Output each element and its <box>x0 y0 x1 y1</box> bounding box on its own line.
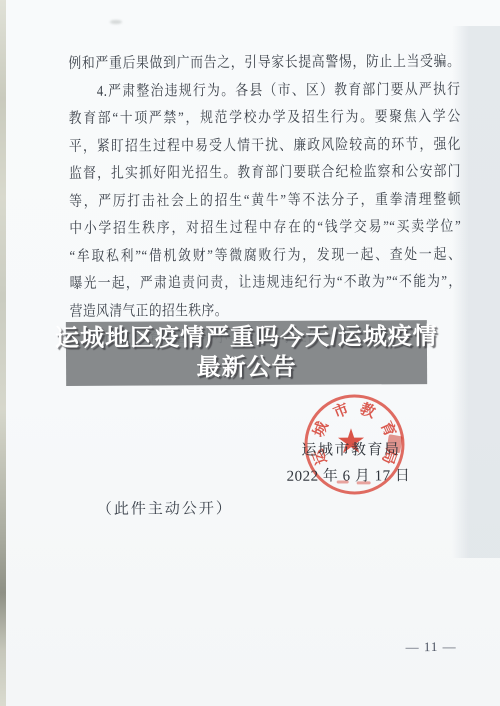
document-text-line: 等，严厉打击社会上的招生“黄牛”等不法分子，重拳清理整顿 <box>69 186 461 216</box>
document-text-line: 曝光一起，严肃追责问责，让违规违纪行为“不敢为”“不能为”， <box>70 269 462 299</box>
document-text-line: 中小学招生秩序，对招生过程中存在的“钱学交易”“买卖学位” <box>69 214 461 244</box>
overlay-title-line1: 运城地区疫情严重吗今天/运城疫情 <box>55 322 438 354</box>
watermark-overlay-banner: 运城地区疫情严重吗今天/运城疫情 最新公告 <box>66 320 427 386</box>
issuer-name: 运城市教育局 <box>301 442 400 459</box>
disclosure-note: （此件主动公开） <box>97 497 233 519</box>
overlay-title-line2: 最新公告 <box>197 353 297 384</box>
document-text-line: “牟取私利”“借机敛财”等微腐败行为，发现一起、查处一起、 <box>69 241 461 271</box>
document-text-line: 平，紧盯招生过程中易受人情干扰、廉政风险较高的环节，强化 <box>69 131 461 161</box>
photo-background-edge <box>0 0 6 706</box>
document-text-line: 教育部“十项严禁”，规范学校办学及招生行为。要聚焦入学公 <box>69 104 461 134</box>
issue-date: 2022 年 6 月 17 日 <box>287 468 411 485</box>
document-body-text: 例和严重后果做到广而告之，引导家长提高警惕，防止上当受骗。 4.严肃整治违规行为… <box>68 49 462 354</box>
page-number: — 11 — <box>406 639 457 655</box>
document-page: 例和严重后果做到广而告之，引导家长提高警惕，防止上当受骗。 4.严肃整治违规行为… <box>0 0 500 706</box>
document-text-line: 监督，扎实抓好阳光招生。教育部门要联合纪检监察和公安部门 <box>69 159 461 189</box>
document-text-line: 4.严肃整治违规行为。各县（市、区）教育部门要从严执行 <box>69 76 461 106</box>
document-text-line: 例和严重后果做到广而告之，引导家长提高警惕，防止上当受骗。 <box>68 49 460 79</box>
